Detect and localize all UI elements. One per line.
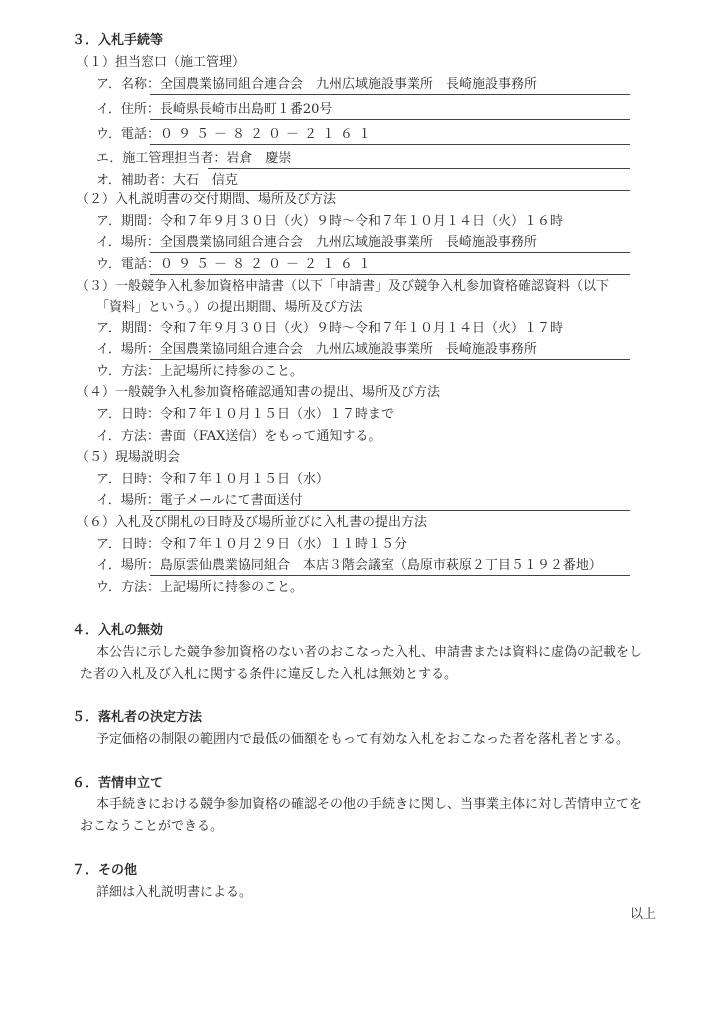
section-3-heading: ３．入札手続等 bbox=[72, 32, 163, 50]
subsection-5-heading: （５）現場説明会 bbox=[76, 449, 180, 467]
contact-address-row: イ．住所：長崎県長崎市出島町１番20号 bbox=[96, 101, 332, 119]
bid-opening-datetime-value: 令和７年１０月２９日（水）１１時１５分 bbox=[160, 537, 407, 552]
application-place-value: 全国農業協同組合連合会 九州広域施設事業所 長崎施設事務所 bbox=[160, 342, 537, 357]
bid-opening-place-value: 島原雲仙農業協同組合 本店３階会議室（島原市萩原２丁目５１９２番地） bbox=[160, 558, 602, 573]
underline bbox=[150, 144, 630, 145]
contact-manager-value: 岩倉 慶崇 bbox=[226, 151, 291, 166]
underline bbox=[208, 168, 630, 169]
section-7-text: 詳細は入札説明書による。 bbox=[96, 884, 252, 902]
contact-name-value: 全国農業協同組合連合会 九州広域施設事業所 長崎施設事務所 bbox=[160, 77, 537, 92]
distribution-period-value: 令和７年９月３０日（火）９時～令和７年１０月１４日（火）１６時 bbox=[160, 214, 563, 229]
field-label: ウ．方法： bbox=[96, 364, 160, 379]
section-4-heading: ４．入札の無効 bbox=[72, 622, 163, 640]
application-period-row: ア．期間：令和７年９月３０日（火）９時～令和７年１０月１４日（火）１７時 bbox=[96, 320, 563, 338]
field-label: ア．期間： bbox=[96, 321, 160, 336]
distribution-phone-row: ウ．電話：０９５－８２０－２１６１ bbox=[96, 256, 376, 274]
notice-method-row: イ．方法：書面（FAX送信）をもって通知する。 bbox=[96, 428, 381, 446]
underline bbox=[150, 119, 630, 120]
closing-mark: 以上 bbox=[630, 906, 656, 924]
site-briefing-datetime-value: 令和７年１０月１５日（水） bbox=[160, 472, 329, 487]
notice-method-value: 書面（FAX送信）をもって通知する。 bbox=[160, 429, 382, 444]
field-label: イ．場所： bbox=[96, 235, 160, 250]
bid-method-value: 上記場所に持参のこと。 bbox=[160, 580, 303, 595]
contact-phone-row: ウ．電話：０９５－８２０－２１６１ bbox=[96, 126, 376, 144]
field-label: ア．日時： bbox=[96, 472, 160, 487]
site-briefing-place-row: イ．場所：電子メールにて書面送付 bbox=[96, 492, 303, 510]
field-label: ウ．電話： bbox=[96, 127, 160, 142]
application-method-row: ウ．方法：上記場所に持参のこと。 bbox=[96, 363, 303, 381]
subsection-4-heading: （４）一般競争入札参加資格確認通知書の提出、場所及び方法 bbox=[76, 384, 440, 402]
distribution-period-row: ア．期間：令和７年９月３０日（火）９時～令和７年１０月１４日（火）１６時 bbox=[96, 213, 563, 231]
underline bbox=[150, 510, 630, 511]
application-period-value: 令和７年９月３０日（火）９時～令和７年１０月１４日（火）１７時 bbox=[160, 321, 563, 336]
distribution-phone-value: ０９５－８２０－２１６１ bbox=[160, 257, 376, 272]
notice-datetime-row: ア．日時：令和７年１０月１５日（水）１７時まで bbox=[96, 406, 394, 424]
field-label: エ．施工管理担当者： bbox=[96, 151, 226, 166]
site-briefing-datetime-row: ア．日時：令和７年１０月１５日（水） bbox=[96, 471, 329, 489]
subsection-6-heading: （６）入札及び開札の日時及び場所並びに入札書の提出方法 bbox=[76, 514, 427, 532]
contact-address-value: 長崎県長崎市出島町１番20号 bbox=[160, 102, 333, 117]
field-label: ウ．電話： bbox=[96, 257, 160, 272]
underline bbox=[150, 274, 630, 275]
subsection-3-heading-line1: （３）一般競争入札参加資格申請書（以下「申請書」及び競争入札参加資格確認資料（以… bbox=[76, 278, 609, 296]
section-4-text-line2: た者の入札及び入札に関する条件に違反した入札は無効とする。 bbox=[80, 666, 457, 684]
section-5-heading: ５．落札者の決定方法 bbox=[72, 709, 202, 727]
field-label: ア．期間： bbox=[96, 214, 160, 229]
bid-opening-place-row: イ．場所：島原雲仙農業協同組合 本店３階会議室（島原市萩原２丁目５１９２番地） bbox=[96, 557, 602, 575]
application-place-row: イ．場所：全国農業協同組合連合会 九州広域施設事業所 長崎施設事務所 bbox=[96, 341, 537, 359]
section-5-text: 予定価格の制限の範囲内で最低の価額をもって有効な入札をおこなった者を落札者とする… bbox=[96, 731, 629, 749]
subsection-1-heading: （１）担当窓口（施工管理） bbox=[76, 54, 245, 72]
field-label: イ．場所： bbox=[96, 558, 160, 573]
bid-opening-datetime-row: ア．日時：令和７年１０月２９日（水）１１時１５分 bbox=[96, 536, 407, 554]
section-6-text-line2: おこなうことができる。 bbox=[80, 818, 223, 836]
field-label: イ．場所： bbox=[96, 493, 160, 508]
distribution-place-row: イ．場所：全国農業協同組合連合会 九州広域施設事業所 長崎施設事務所 bbox=[96, 234, 537, 252]
notice-datetime-value: 令和７年１０月１５日（水）１７時まで bbox=[160, 407, 394, 422]
field-label: ア．日時： bbox=[96, 537, 160, 552]
site-briefing-place-value: 電子メールにて書面送付 bbox=[160, 493, 303, 508]
section-6-text-line1: 本手続きにおける競争参加資格の確認その他の手続きに関し、当事業主体に対し苦情申立… bbox=[96, 796, 642, 814]
section-7-heading: ７．その他 bbox=[72, 862, 137, 880]
contact-assistant-value: 大石 信克 bbox=[173, 173, 238, 188]
bid-method-row: ウ．方法：上記場所に持参のこと。 bbox=[96, 579, 303, 597]
field-label: イ．住所： bbox=[96, 102, 160, 117]
contact-manager-row: エ．施工管理担当者：岩倉 慶崇 bbox=[96, 150, 291, 168]
underline bbox=[150, 359, 630, 360]
field-label: ウ．方法： bbox=[96, 580, 160, 595]
distribution-place-value: 全国農業協同組合連合会 九州広域施設事業所 長崎施設事務所 bbox=[160, 235, 537, 250]
contact-phone-value: ０９５－８２０－２１６１ bbox=[160, 127, 376, 142]
underline bbox=[150, 575, 630, 576]
section-4-text-line1: 本公告に示した競争参加資格のない者のおこなった入札、申請書または資料に虚偽の記載… bbox=[96, 644, 642, 662]
subsection-3-heading-line2: 「資料」という。）の提出期間、場所及び方法 bbox=[96, 299, 363, 317]
field-label: ア．日時： bbox=[96, 407, 160, 422]
underline bbox=[150, 252, 630, 253]
underline bbox=[150, 94, 630, 95]
field-label: イ．場所： bbox=[96, 342, 160, 357]
field-label: ア．名称： bbox=[96, 77, 160, 92]
field-label: イ．方法： bbox=[96, 429, 160, 444]
application-method-value: 上記場所に持参のこと。 bbox=[160, 364, 303, 379]
field-label: オ．補助者： bbox=[96, 173, 173, 188]
contact-name-row: ア．名称：全国農業協同組合連合会 九州広域施設事業所 長崎施設事務所 bbox=[96, 76, 537, 94]
contact-assistant-row: オ．補助者：大石 信克 bbox=[96, 172, 238, 190]
subsection-2-heading: （２）入札説明書の交付期間、場所及び方法 bbox=[76, 191, 336, 209]
section-6-heading: ６．苦情申立て bbox=[72, 775, 163, 793]
